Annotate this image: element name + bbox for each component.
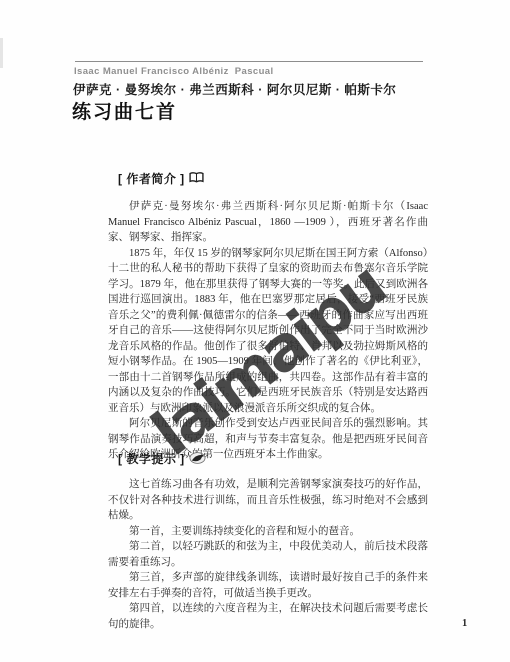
section-header-author-intro: [ 作者简介 ] xyxy=(118,170,204,187)
paragraph: 伊萨克·曼努埃尔·弗兰西斯科·阿尔贝尼斯·帕斯卡尔（Isaac Manuel F… xyxy=(108,199,428,246)
section-heading-label: [ 作者简介 ] xyxy=(118,170,185,187)
paragraph: 第三首，多声部的旋律线条训练，读谱时最好按自己手的条件来安排左右手弹奏的音符，可… xyxy=(108,570,428,601)
open-book-icon xyxy=(189,172,204,186)
paragraph: 第一首，主要训练持续变化的音程和短小的琶音。 xyxy=(108,524,428,540)
section-header-teaching-tips: [ 教学提示 ] xyxy=(118,450,206,467)
scan-edge-artifact xyxy=(0,38,3,68)
writing-hand-icon xyxy=(189,452,206,467)
page-number: 1 xyxy=(462,618,467,629)
header-rule xyxy=(75,61,423,62)
page-title: 练习曲七首 xyxy=(72,97,177,124)
teaching-tips-text: 这七首练习曲各有功效，是顺利完善钢琴家演奏技巧的好作品，不仅针对各种技术进行训练… xyxy=(108,477,428,632)
composer-name-chinese: 伊萨克 · 曼努埃尔 · 弗兰西斯科 · 阿尔贝尼斯 · 帕斯卡尔 xyxy=(73,80,396,98)
paragraph: 这七首练习曲各有功效，是顺利完善钢琴家演奏技巧的好作品，不仅针对各种技术进行训练… xyxy=(108,477,428,524)
book-page: Isaac Manuel Francisco Albéniz Pascual 伊… xyxy=(0,0,510,662)
section-heading-label: [ 教学提示 ] xyxy=(118,450,185,467)
paragraph: 第四首，以连续的六度音程为主，在解决技术问题后需要考虑长句的旋律。 xyxy=(108,601,428,632)
composer-name-latin: Isaac Manuel Francisco Albéniz Pascual xyxy=(74,66,274,77)
paragraph: 1875 年，年仅 15 岁的钢琴家阿尔贝尼斯在国王阿方索（Alfonso）十二… xyxy=(108,246,428,417)
author-intro-text: 伊萨克·曼努埃尔·弗兰西斯科·阿尔贝尼斯·帕斯卡尔（Isaac Manuel F… xyxy=(108,199,428,463)
paragraph: 第二首，以轻巧跳跃的和弦为主，中段优美动人，前后技术段落需要着重练习。 xyxy=(108,539,428,570)
